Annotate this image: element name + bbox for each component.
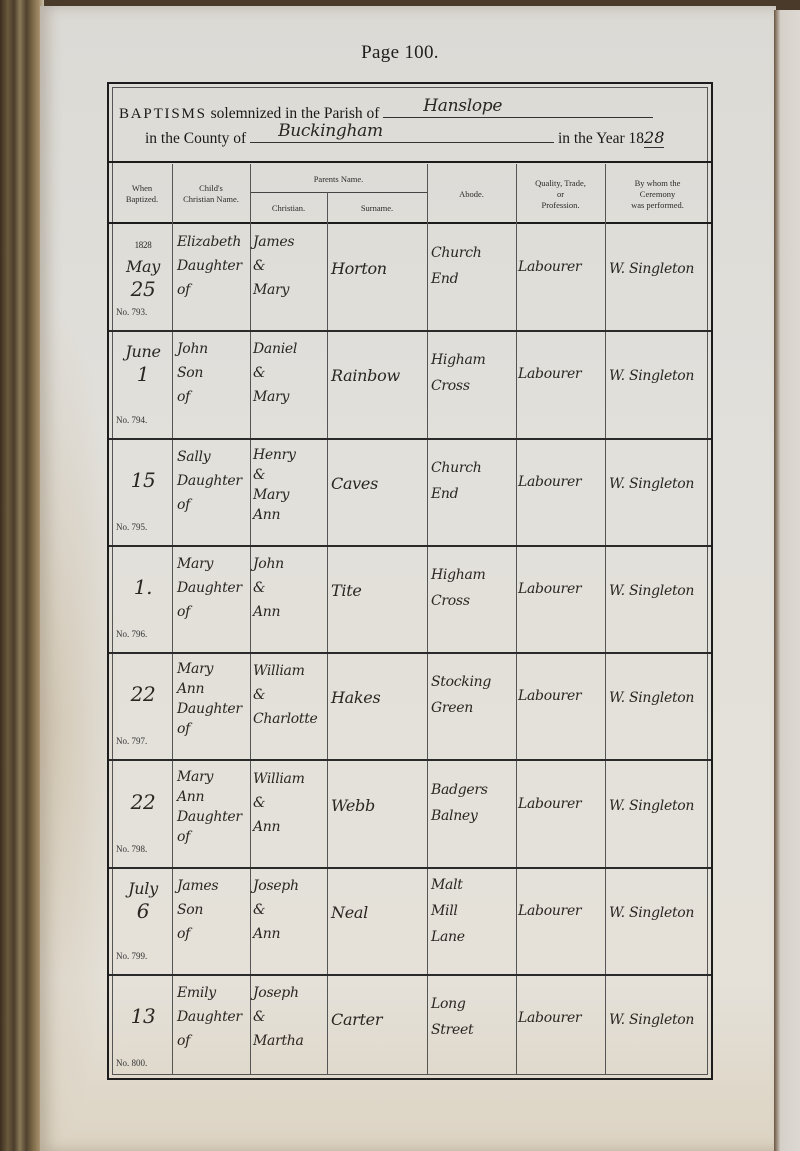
col-head-abode: Abode.	[427, 166, 516, 222]
surname-value: Caves	[331, 473, 427, 495]
performed-by-value: W. Singleton	[609, 365, 709, 387]
quality-cell: Labourer	[518, 900, 606, 922]
child-name-cell: MaryAnnDaughterof	[177, 659, 251, 739]
quality-cell: Labourer	[518, 471, 606, 493]
handwritten-line: &	[253, 254, 327, 278]
handwritten-line: Mary	[177, 767, 251, 787]
handwritten-line: Son	[177, 898, 251, 922]
handwritten-line: Church	[431, 240, 517, 266]
col-head-when: WhenBaptized.	[112, 166, 172, 222]
entry-day: 1.	[115, 576, 171, 598]
handwritten-line: of	[177, 719, 251, 739]
handwritten-line: Martha	[253, 1029, 327, 1053]
handwritten-line: Mary	[177, 552, 251, 576]
when-baptized-cell: June1	[115, 341, 171, 385]
handwritten-line: End	[431, 481, 517, 507]
quality-cell: Labourer	[518, 1007, 606, 1029]
handwritten-line: &	[253, 683, 327, 707]
parents-christian-cell: Henry&MaryAnn	[253, 445, 327, 525]
entry-number: No. 797.	[116, 736, 147, 746]
handwritten-line: Higham	[431, 347, 517, 373]
handwritten-line: Daniel	[253, 337, 327, 361]
surname-cell: Neal	[331, 902, 427, 924]
parents-christian-cell: William&Charlotte	[253, 659, 327, 731]
register-entry-row: 1.No. 796.MaryDaughterofJohn&AnnTiteHigh…	[109, 546, 711, 653]
handwritten-line: Balney	[431, 803, 517, 829]
handwritten-line: Stocking	[431, 669, 517, 695]
handwritten-line: Green	[431, 695, 517, 721]
surname-value: Hakes	[331, 687, 427, 709]
handwritten-line: Higham	[431, 562, 517, 588]
handwritten-line: Henry	[253, 445, 327, 465]
performed-by-cell: W. Singleton	[609, 365, 709, 387]
table-top-rule	[109, 161, 711, 163]
when-baptized-cell: 1.	[115, 576, 171, 598]
abode-cell: HighamCross	[431, 562, 517, 614]
performed-by-value: W. Singleton	[609, 580, 709, 602]
handwritten-line: John	[253, 552, 327, 576]
register-entry-row: 1828May25No. 793.ElizabethDaughterofJame…	[109, 224, 711, 331]
surname-value: Horton	[331, 258, 427, 280]
surname-value: Neal	[331, 902, 427, 924]
quality-cell: Labourer	[518, 578, 606, 600]
handwritten-line: Mill	[431, 898, 517, 924]
handwritten-line: Street	[431, 1017, 517, 1043]
quality-cell: Labourer	[518, 256, 606, 278]
handwritten-line: &	[253, 465, 327, 485]
handwritten-line: Ann	[253, 815, 327, 839]
handwritten-line: &	[253, 1005, 327, 1029]
handwritten-line: Ann	[177, 787, 251, 807]
performed-by-cell: W. Singleton	[609, 795, 709, 817]
surname-value: Carter	[331, 1009, 427, 1031]
handwritten-line: Mary	[177, 659, 251, 679]
parish-field: Hanslope	[383, 103, 653, 118]
performed-by-cell: W. Singleton	[609, 1009, 709, 1031]
year-value: 28	[644, 128, 664, 148]
entry-number: No. 795.	[116, 522, 147, 532]
surname-cell: Tite	[331, 580, 427, 602]
performed-by-value: W. Singleton	[609, 795, 709, 817]
child-name-cell: EmilyDaughterof	[177, 981, 251, 1053]
col-head-by-whom: By whom theCeremonywas performed.	[605, 166, 710, 222]
entry-number: No. 794.	[116, 415, 147, 425]
handwritten-line: of	[177, 1029, 251, 1053]
handwritten-line: John	[177, 337, 251, 361]
when-baptized-cell: July6	[115, 878, 171, 922]
entry-day: 1	[115, 363, 171, 385]
handwritten-line: James	[253, 230, 327, 254]
handwritten-line: Ann	[177, 679, 251, 699]
entry-day: 6	[115, 900, 171, 922]
abode-cell: ChurchEnd	[431, 455, 517, 507]
handwritten-line: &	[253, 361, 327, 385]
col-head-surname: Surname.	[327, 194, 427, 222]
handwritten-line: Son	[177, 361, 251, 385]
handwritten-line: Sally	[177, 445, 251, 469]
performed-by-value: W. Singleton	[609, 258, 709, 280]
surname-value: Tite	[331, 580, 427, 602]
handwritten-line: Mary	[253, 385, 327, 409]
quality-value: Labourer	[518, 471, 606, 493]
heading-title-caps: BAPTISMS	[119, 106, 207, 122]
when-baptized-cell: 13	[115, 1005, 171, 1027]
performed-by-cell: W. Singleton	[609, 902, 709, 924]
surname-cell: Hakes	[331, 687, 427, 709]
register-entry-row: 13No. 800.EmilyDaughterofJoseph&MarthaCa…	[109, 975, 711, 1082]
entry-day: 25	[115, 278, 171, 300]
surname-cell: Rainbow	[331, 365, 427, 387]
page-number: Page 100.	[0, 42, 800, 64]
quality-value: Labourer	[518, 578, 606, 600]
entry-number: No. 796.	[116, 629, 147, 639]
abode-cell: ChurchEnd	[431, 240, 517, 292]
register-heading: BAPTISMS solemnized in the Parish of Han…	[109, 84, 711, 162]
handwritten-line: Charlotte	[253, 707, 327, 731]
handwritten-line: William	[253, 767, 327, 791]
entry-number: No. 793.	[116, 307, 147, 317]
handwritten-line: of	[177, 922, 251, 946]
col-head-child: Child'sChristian Name.	[172, 166, 250, 222]
handwritten-line: James	[177, 874, 251, 898]
handwritten-line: Badgers	[431, 777, 517, 803]
county-value: Buckingham	[278, 121, 383, 141]
parents-christian-cell: James&Mary	[253, 230, 327, 302]
entry-day: 15	[115, 469, 171, 491]
handwritten-line: Daughter	[177, 469, 251, 493]
performed-by-cell: W. Singleton	[609, 687, 709, 709]
quality-value: Labourer	[518, 1007, 606, 1029]
handwritten-line: Daughter	[177, 807, 251, 827]
book-binding-left	[0, 0, 44, 1151]
handwritten-line: of	[177, 385, 251, 409]
when-baptized-cell: 15	[115, 469, 171, 491]
abode-cell: StockingGreen	[431, 669, 517, 721]
abode-cell: HighamCross	[431, 347, 517, 399]
parents-christian-cell: William&Ann	[253, 767, 327, 839]
handwritten-line: Church	[431, 455, 517, 481]
abode-cell: MaltMillLane	[431, 872, 517, 950]
entry-month: May	[115, 256, 171, 278]
child-name-cell: SallyDaughterof	[177, 445, 251, 517]
heading-line-parish: BAPTISMS solemnized in the Parish of Han…	[119, 103, 653, 123]
parents-christian-cell: Joseph&Ann	[253, 874, 327, 946]
surname-cell: Webb	[331, 795, 427, 817]
abode-cell: BadgersBalney	[431, 777, 517, 829]
handwritten-line: &	[253, 791, 327, 815]
col-head-christian: Christian.	[250, 194, 327, 222]
register-entry-row: June1No. 794.JohnSonofDaniel&MaryRainbow…	[109, 331, 711, 438]
handwritten-line: Cross	[431, 373, 517, 399]
baptism-register-table: BAPTISMS solemnized in the Parish of Han…	[107, 82, 713, 1080]
handwritten-line: Malt	[431, 872, 517, 898]
entry-day: 22	[115, 791, 171, 813]
surname-cell: Horton	[331, 258, 427, 280]
performed-by-value: W. Singleton	[609, 473, 709, 495]
handwritten-line: Joseph	[253, 874, 327, 898]
quality-cell: Labourer	[518, 685, 606, 707]
surname-cell: Carter	[331, 1009, 427, 1031]
abode-cell: LongStreet	[431, 991, 517, 1043]
register-entry-row: 22No. 797.MaryAnnDaughterofWilliam&Charl…	[109, 653, 711, 760]
handwritten-line: of	[177, 278, 251, 302]
handwritten-line: Ann	[253, 600, 327, 624]
handwritten-line: Daughter	[177, 254, 251, 278]
heading-line-county: in the County of Buckingham in the Year …	[145, 128, 664, 148]
handwritten-line: Mary	[253, 485, 327, 505]
heading-title-rest: solemnized in the Parish of	[211, 105, 380, 122]
quality-value: Labourer	[518, 363, 606, 385]
performed-by-value: W. Singleton	[609, 687, 709, 709]
when-baptized-cell: 22	[115, 683, 171, 705]
entry-month: June	[115, 341, 171, 363]
handwritten-line: Daughter	[177, 1005, 251, 1029]
handwritten-line: Elizabeth	[177, 230, 251, 254]
quality-value: Labourer	[518, 900, 606, 922]
col-head-parents: Parents Name.	[250, 166, 427, 192]
child-name-cell: MaryAnnDaughterof	[177, 767, 251, 847]
handwritten-line: Ann	[253, 922, 327, 946]
handwritten-line: Cross	[431, 588, 517, 614]
quality-value: Labourer	[518, 793, 606, 815]
quality-cell: Labourer	[518, 363, 606, 385]
entry-number: No. 800.	[116, 1058, 147, 1068]
performed-by-cell: W. Singleton	[609, 258, 709, 280]
handwritten-line: of	[177, 827, 251, 847]
handwritten-line: of	[177, 493, 251, 517]
performed-by-value: W. Singleton	[609, 902, 709, 924]
child-name-cell: ElizabethDaughterof	[177, 230, 251, 302]
entry-number: No. 798.	[116, 844, 147, 854]
handwritten-line: Long	[431, 991, 517, 1017]
entry-day: 13	[115, 1005, 171, 1027]
when-baptized-cell: 22	[115, 791, 171, 813]
quality-value: Labourer	[518, 685, 606, 707]
child-name-cell: MaryDaughterof	[177, 552, 251, 624]
year-label: in the Year 18	[558, 130, 644, 147]
surname-cell: Caves	[331, 473, 427, 495]
handwritten-line: Joseph	[253, 981, 327, 1005]
entry-day: 22	[115, 683, 171, 705]
handwritten-line: Daughter	[177, 699, 251, 719]
child-name-cell: JohnSonof	[177, 337, 251, 409]
entry-number: No. 799.	[116, 951, 147, 961]
parents-christian-cell: John&Ann	[253, 552, 327, 624]
handwritten-line: End	[431, 266, 517, 292]
child-name-cell: JamesSonof	[177, 874, 251, 946]
surname-value: Rainbow	[331, 365, 427, 387]
col-head-quality: Quality, Trade,orProfession.	[516, 166, 605, 222]
parents-sub-rule	[250, 192, 427, 193]
entry-year: 1828	[115, 234, 171, 256]
performed-by-cell: W. Singleton	[609, 580, 709, 602]
handwritten-line: of	[177, 600, 251, 624]
next-page-edge	[774, 10, 800, 1151]
entry-month: July	[115, 878, 171, 900]
handwritten-line: Emily	[177, 981, 251, 1005]
register-entry-row: 22No. 798.MaryAnnDaughterofWilliam&AnnWe…	[109, 761, 711, 868]
handwritten-line: William	[253, 659, 327, 683]
parents-christian-cell: Daniel&Mary	[253, 337, 327, 409]
register-entry-row: 15No. 795.SallyDaughterofHenry&MaryAnnCa…	[109, 439, 711, 546]
parish-value: Hanslope	[423, 96, 502, 116]
handwritten-line: Daughter	[177, 576, 251, 600]
surname-value: Webb	[331, 795, 427, 817]
performed-by-cell: W. Singleton	[609, 473, 709, 495]
handwritten-line: Ann	[253, 505, 327, 525]
quality-cell: Labourer	[518, 793, 606, 815]
county-label: in the County of	[145, 130, 246, 147]
parents-christian-cell: Joseph&Martha	[253, 981, 327, 1053]
quality-value: Labourer	[518, 256, 606, 278]
when-baptized-cell: 1828May25	[115, 234, 171, 300]
performed-by-value: W. Singleton	[609, 1009, 709, 1031]
handwritten-line: Lane	[431, 924, 517, 950]
handwritten-line: &	[253, 576, 327, 600]
handwritten-line: Mary	[253, 278, 327, 302]
county-field: Buckingham	[250, 128, 554, 143]
register-entry-row: July6No. 799.JamesSonofJoseph&AnnNealMal…	[109, 868, 711, 975]
handwritten-line: &	[253, 898, 327, 922]
